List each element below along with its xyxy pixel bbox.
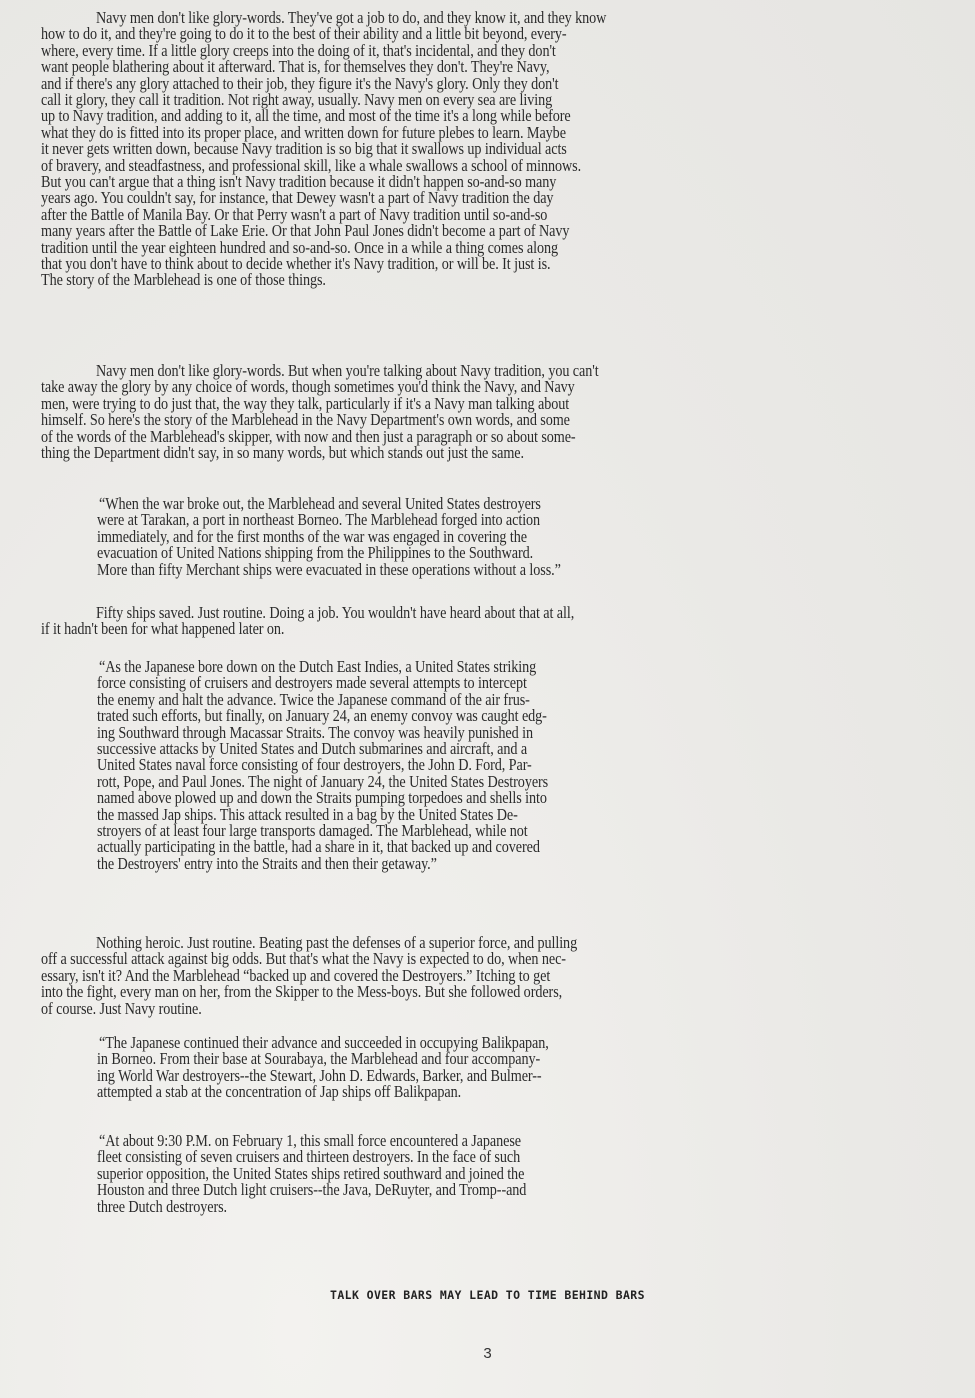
text-line: attempted a stab at the concentration of… <box>97 1084 461 1100</box>
text-line: More than fifty Merchant ships were evac… <box>97 562 561 578</box>
page-number: 3 <box>0 1345 975 1362</box>
footer-slogan: TALK OVER BARS MAY LEAD TO TIME BEHIND B… <box>0 1288 975 1302</box>
text-line: the Destroyers' entry into the Straits a… <box>97 856 437 872</box>
text-line: three Dutch destroyers. <box>97 1199 227 1215</box>
document-page: Navy men don't like glory-words. They've… <box>0 0 975 1398</box>
text-line: The story of the Marblehead is one of th… <box>41 272 326 288</box>
text-line: if it hadn't been for what happened late… <box>41 621 284 637</box>
text-line: of course. Just Navy routine. <box>41 1001 202 1017</box>
text-line: thing the Department didn't say, in so m… <box>41 445 524 461</box>
